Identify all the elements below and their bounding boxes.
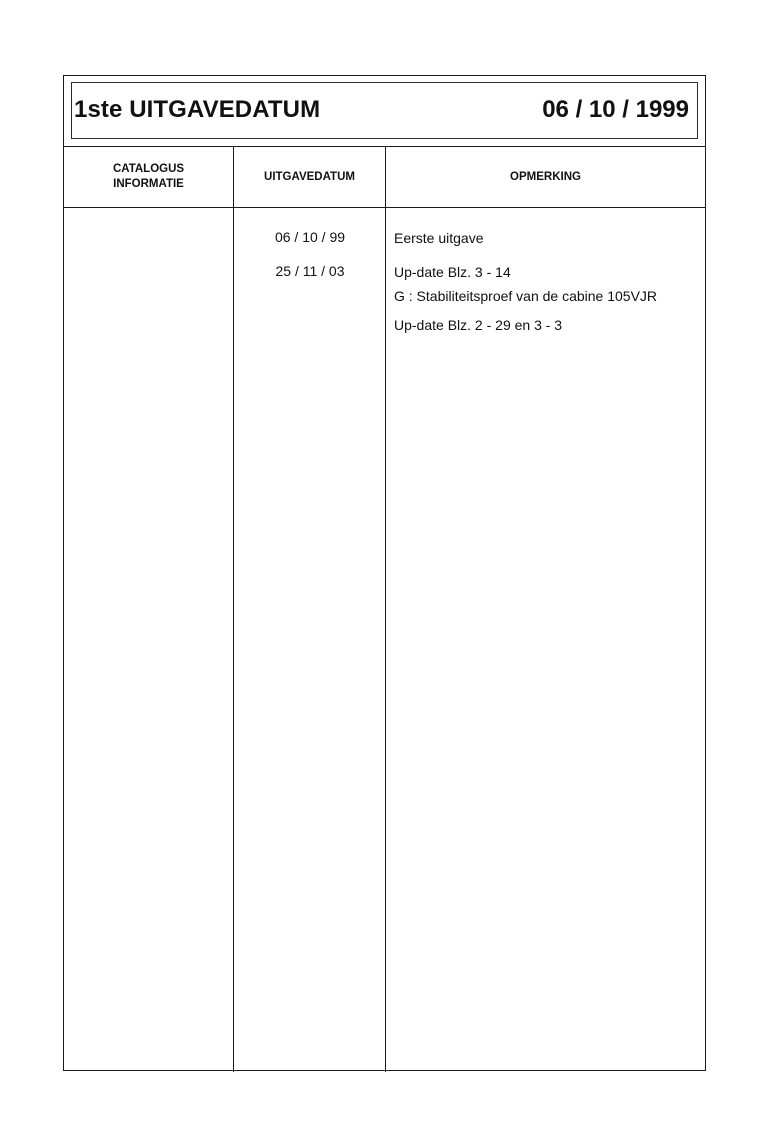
- table-row-date: 06 / 10 / 99: [234, 229, 386, 245]
- remark-line: G : Stabiliteitsproef van de cabine 105V…: [394, 288, 657, 304]
- remark-line: Eerste uitgave: [394, 230, 484, 246]
- table-row-date: 25 / 11 / 03: [234, 263, 386, 279]
- remark-line: Up-date Blz. 3 - 14: [394, 264, 511, 280]
- page-title: 1ste UITGAVEDATUM: [74, 96, 320, 124]
- first-issue-date: 06 / 10 / 1999: [542, 96, 689, 124]
- column-divider-1: [233, 146, 234, 1072]
- revision-sheet: 1ste UITGAVEDATUM 06 / 10 / 1999 CATALOG…: [63, 75, 706, 1071]
- column-header-catalogus: CATALOGUS INFORMATIE: [64, 147, 233, 207]
- column-header-opmerking: OPMERKING: [386, 147, 705, 207]
- column-header-catalogus-line2: INFORMATIE: [113, 177, 184, 192]
- column-header-catalogus-line1: CATALOGUS: [113, 162, 184, 177]
- column-header-uitgavedatum: UITGAVEDATUM: [234, 147, 385, 207]
- remark-line: Up-date Blz. 2 - 29 en 3 - 3: [394, 317, 562, 333]
- column-divider-2: [385, 146, 386, 1072]
- title-box: 1ste UITGAVEDATUM 06 / 10 / 1999: [71, 82, 698, 139]
